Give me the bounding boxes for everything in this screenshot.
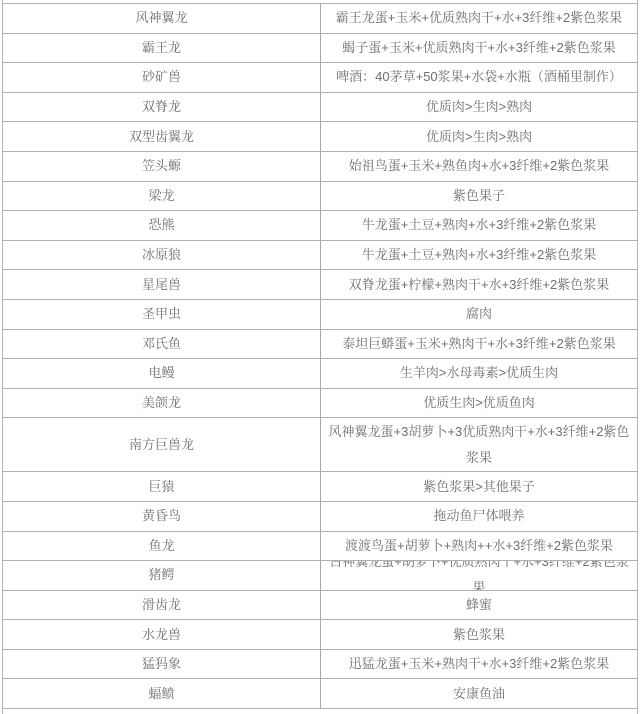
table-row: 圣甲虫 腐肉 (3, 300, 637, 330)
creature-name-cell: 梁龙 (3, 182, 321, 211)
table-row: 猛犸象 迅猛龙蛋+玉米+熟肉干+水+3纤维+2紫色浆果 (3, 650, 637, 680)
taming-food-cell: 迅猛龙蛋+玉米+熟肉干+水+3纤维+2紫色浆果 (321, 650, 637, 679)
creature-name-cell: 南方巨兽龙 (3, 418, 321, 471)
creature-name-cell: 巨猿 (3, 472, 321, 501)
creature-name-cell: 风神翼龙 (3, 4, 321, 33)
table-row: 风神翼龙 霸王龙蛋+玉米+优质熟肉干+水+3纤维+2紫色浆果 (3, 4, 637, 34)
taming-food-cell: 优质肉>生肉>熟肉 (321, 93, 637, 122)
creature-name-cell: 冰原狼 (3, 241, 321, 270)
taming-food-cell: 泰坦巨蟒蛋+玉米+熟肉干+水+3纤维+2紫色浆果 (321, 330, 637, 359)
taming-food-cell: 始祖鸟蛋+玉米+熟鱼肉+水+3纤维+2紫色浆果 (321, 152, 637, 181)
taming-food-cell: 紫色浆果 (321, 620, 637, 649)
table-row: 冰原狼 牛龙蛋+土豆+熟肉+水+3纤维+2紫色浆果 (3, 241, 637, 271)
table-row: 双型齿翼龙 优质肉>生肉>熟肉 (3, 122, 637, 152)
table-row: 砂矿兽 啤酒：40茅草+50浆果+水袋+水瓶（酒桶里制作） (3, 63, 637, 93)
table-row: 恐熊 牛龙蛋+土豆+熟肉+水+3纤维+2紫色浆果 (3, 211, 637, 241)
taming-food-cell: 双脊龙蛋+柠檬+熟肉干+水+3纤维+2紫色浆果 (321, 270, 637, 299)
table-row: 黄昏鸟 拖动鱼尸体喂养 (3, 502, 637, 532)
table-row: 巨猿 紫色浆果>其他果子 (3, 472, 637, 502)
creature-name-cell: 笠头螈 (3, 152, 321, 181)
table-row: 猪鳄 古神翼龙蛋+胡萝卜+优质熟肉干+水+3纤维+2紫色浆果 (3, 561, 637, 591)
taming-food-cell: 牛龙蛋+土豆+熟肉+水+3纤维+2紫色浆果 (321, 241, 637, 270)
creature-name-cell: 霸王龙 (3, 34, 321, 63)
table-row: 南方巨兽龙 风神翼龙蛋+3胡萝卜+3优质熟肉干+水+3纤维+2紫色浆果 (3, 418, 637, 472)
creature-name-cell: 圣甲虫 (3, 300, 321, 329)
taming-food-cell: 古神翼龙蛋+胡萝卜+优质熟肉干+水+3纤维+2紫色浆果 (321, 561, 637, 590)
table-row: 蝠鲼 安康鱼油 (3, 679, 637, 709)
creature-taming-table: 风神翼龙 霸王龙蛋+玉米+优质熟肉干+水+3纤维+2紫色浆果 霸王龙 蝎子蛋+玉… (2, 0, 638, 714)
creature-name-cell: 滑齿龙 (3, 591, 321, 620)
creature-name-cell: 猛犸象 (3, 650, 321, 679)
taming-food-cell: 渡渡鸟蛋+胡萝卜+熟肉++水+3纤维+2紫色浆果 (321, 532, 637, 561)
table-row: 星尾兽 双脊龙蛋+柠檬+熟肉干+水+3纤维+2紫色浆果 (3, 270, 637, 300)
creature-name-cell: 鱼龙 (3, 532, 321, 561)
taming-food-cell: 蝎子蛋+玉米+优质熟肉干+水+3纤维+2紫色浆果 (321, 34, 637, 63)
table-row: 双脊龙 优质肉>生肉>熟肉 (3, 93, 637, 123)
taming-food-cell: 安康鱼油 (321, 679, 637, 708)
table-row: 霸王龙 蝎子蛋+玉米+优质熟肉干+水+3纤维+2紫色浆果 (3, 34, 637, 64)
creature-name-cell: 电鳗 (3, 359, 321, 388)
taming-food-cell: 风神翼龙蛋+3胡萝卜+3优质熟肉干+水+3纤维+2紫色浆果 (321, 418, 637, 471)
table-row: 水龙兽 紫色浆果 (3, 620, 637, 650)
creature-name-cell: 双型齿翼龙 (3, 122, 321, 151)
table-row: 梁龙 紫色果子 (3, 182, 637, 212)
creature-name-cell: 水龙兽 (3, 620, 321, 649)
taming-food-cell: 拖动鱼尸体喂养 (321, 502, 637, 531)
creature-name-cell: 蝠鲼 (3, 679, 321, 708)
taming-food-cell: 牛龙蛋+土豆+熟肉+水+3纤维+2紫色浆果 (321, 211, 637, 240)
table-row: 电鳗 生羊肉>水母毒素>优质生肉 (3, 359, 637, 389)
table-row: 笠头螈 始祖鸟蛋+玉米+熟鱼肉+水+3纤维+2紫色浆果 (3, 152, 637, 182)
creature-name-cell: 猪鳄 (3, 561, 321, 590)
partial-row-bottom (3, 709, 637, 714)
creature-name-cell: 黄昏鸟 (3, 502, 321, 531)
creature-name-cell: 美颌龙 (3, 389, 321, 418)
creature-name-cell: 恐熊 (3, 211, 321, 240)
table-row: 美颌龙 优质生肉>优质鱼肉 (3, 389, 637, 419)
table-row: 滑齿龙 蜂蜜 (3, 591, 637, 621)
taming-food-cell: 紫色果子 (321, 182, 637, 211)
taming-food-cell: 啤酒：40茅草+50浆果+水袋+水瓶（酒桶里制作） (321, 63, 637, 92)
creature-name-cell: 砂矿兽 (3, 63, 321, 92)
taming-food-cell: 蜂蜜 (321, 591, 637, 620)
taming-food-cell: 生羊肉>水母毒素>优质生肉 (321, 359, 637, 388)
creature-name-cell: 邓氏鱼 (3, 330, 321, 359)
taming-food-cell: 腐肉 (321, 300, 637, 329)
creature-name-cell: 双脊龙 (3, 93, 321, 122)
table-row: 邓氏鱼 泰坦巨蟒蛋+玉米+熟肉干+水+3纤维+2紫色浆果 (3, 330, 637, 360)
taming-food-cell: 优质肉>生肉>熟肉 (321, 122, 637, 151)
creature-name-cell: 星尾兽 (3, 270, 321, 299)
taming-food-cell: 优质生肉>优质鱼肉 (321, 389, 637, 418)
taming-food-cell: 紫色浆果>其他果子 (321, 472, 637, 501)
table-row: 鱼龙 渡渡鸟蛋+胡萝卜+熟肉++水+3纤维+2紫色浆果 (3, 532, 637, 562)
taming-food-cell: 霸王龙蛋+玉米+优质熟肉干+水+3纤维+2紫色浆果 (321, 4, 637, 33)
